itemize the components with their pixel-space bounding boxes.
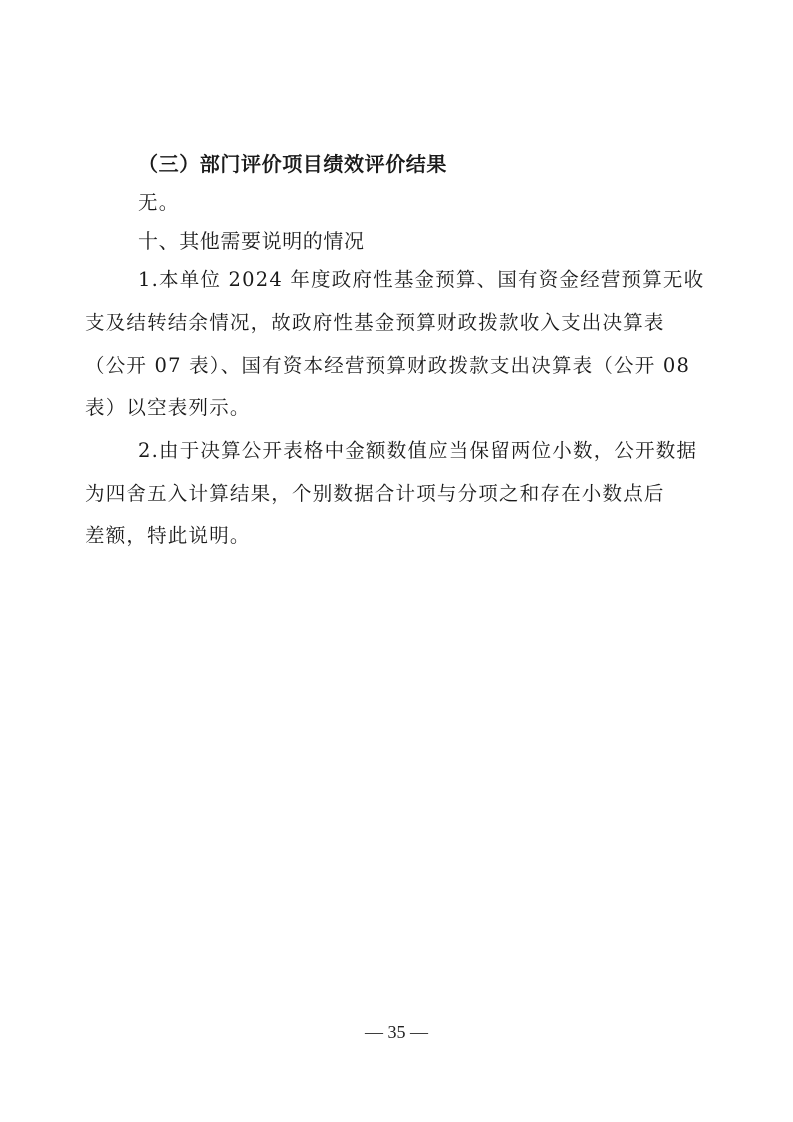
paragraph-1-line-2: 支及结转结余情况，故政府性基金预算财政拨款收入支出决算表 xyxy=(85,311,708,335)
document-page: （三）部门评价项目绩效评价结果 无。 十、其他需要说明的情况 1.本单位 202… xyxy=(0,0,793,1122)
paragraph-1-line-4: 表）以空表列示。 xyxy=(85,396,708,420)
paragraph-1-line-1: 1.本单位 2024 年度政府性基金预算、国有资金经营预算无收 xyxy=(138,268,708,292)
paragraph-2-line-3: 差额，特此说明。 xyxy=(85,524,708,548)
section-10-heading: 十、其他需要说明的情况 xyxy=(138,229,761,253)
section-3-heading: （三）部门评价项目绩效评价结果 xyxy=(138,152,761,176)
paragraph-2-line-2: 为四舍五入计算结果，个别数据合计项与分项之和存在小数点后 xyxy=(85,482,708,506)
page-number: — 35 — xyxy=(0,1021,793,1043)
paragraph-2-line-1: 2.由于决算公开表格中金额数值应当保留两位小数，公开数据 xyxy=(138,439,708,463)
paragraph-1-line-3: （公开 07 表）、国有资本经营预算财政拨款支出决算表（公开 08 xyxy=(85,354,708,378)
section-3-body: 无。 xyxy=(138,191,761,215)
